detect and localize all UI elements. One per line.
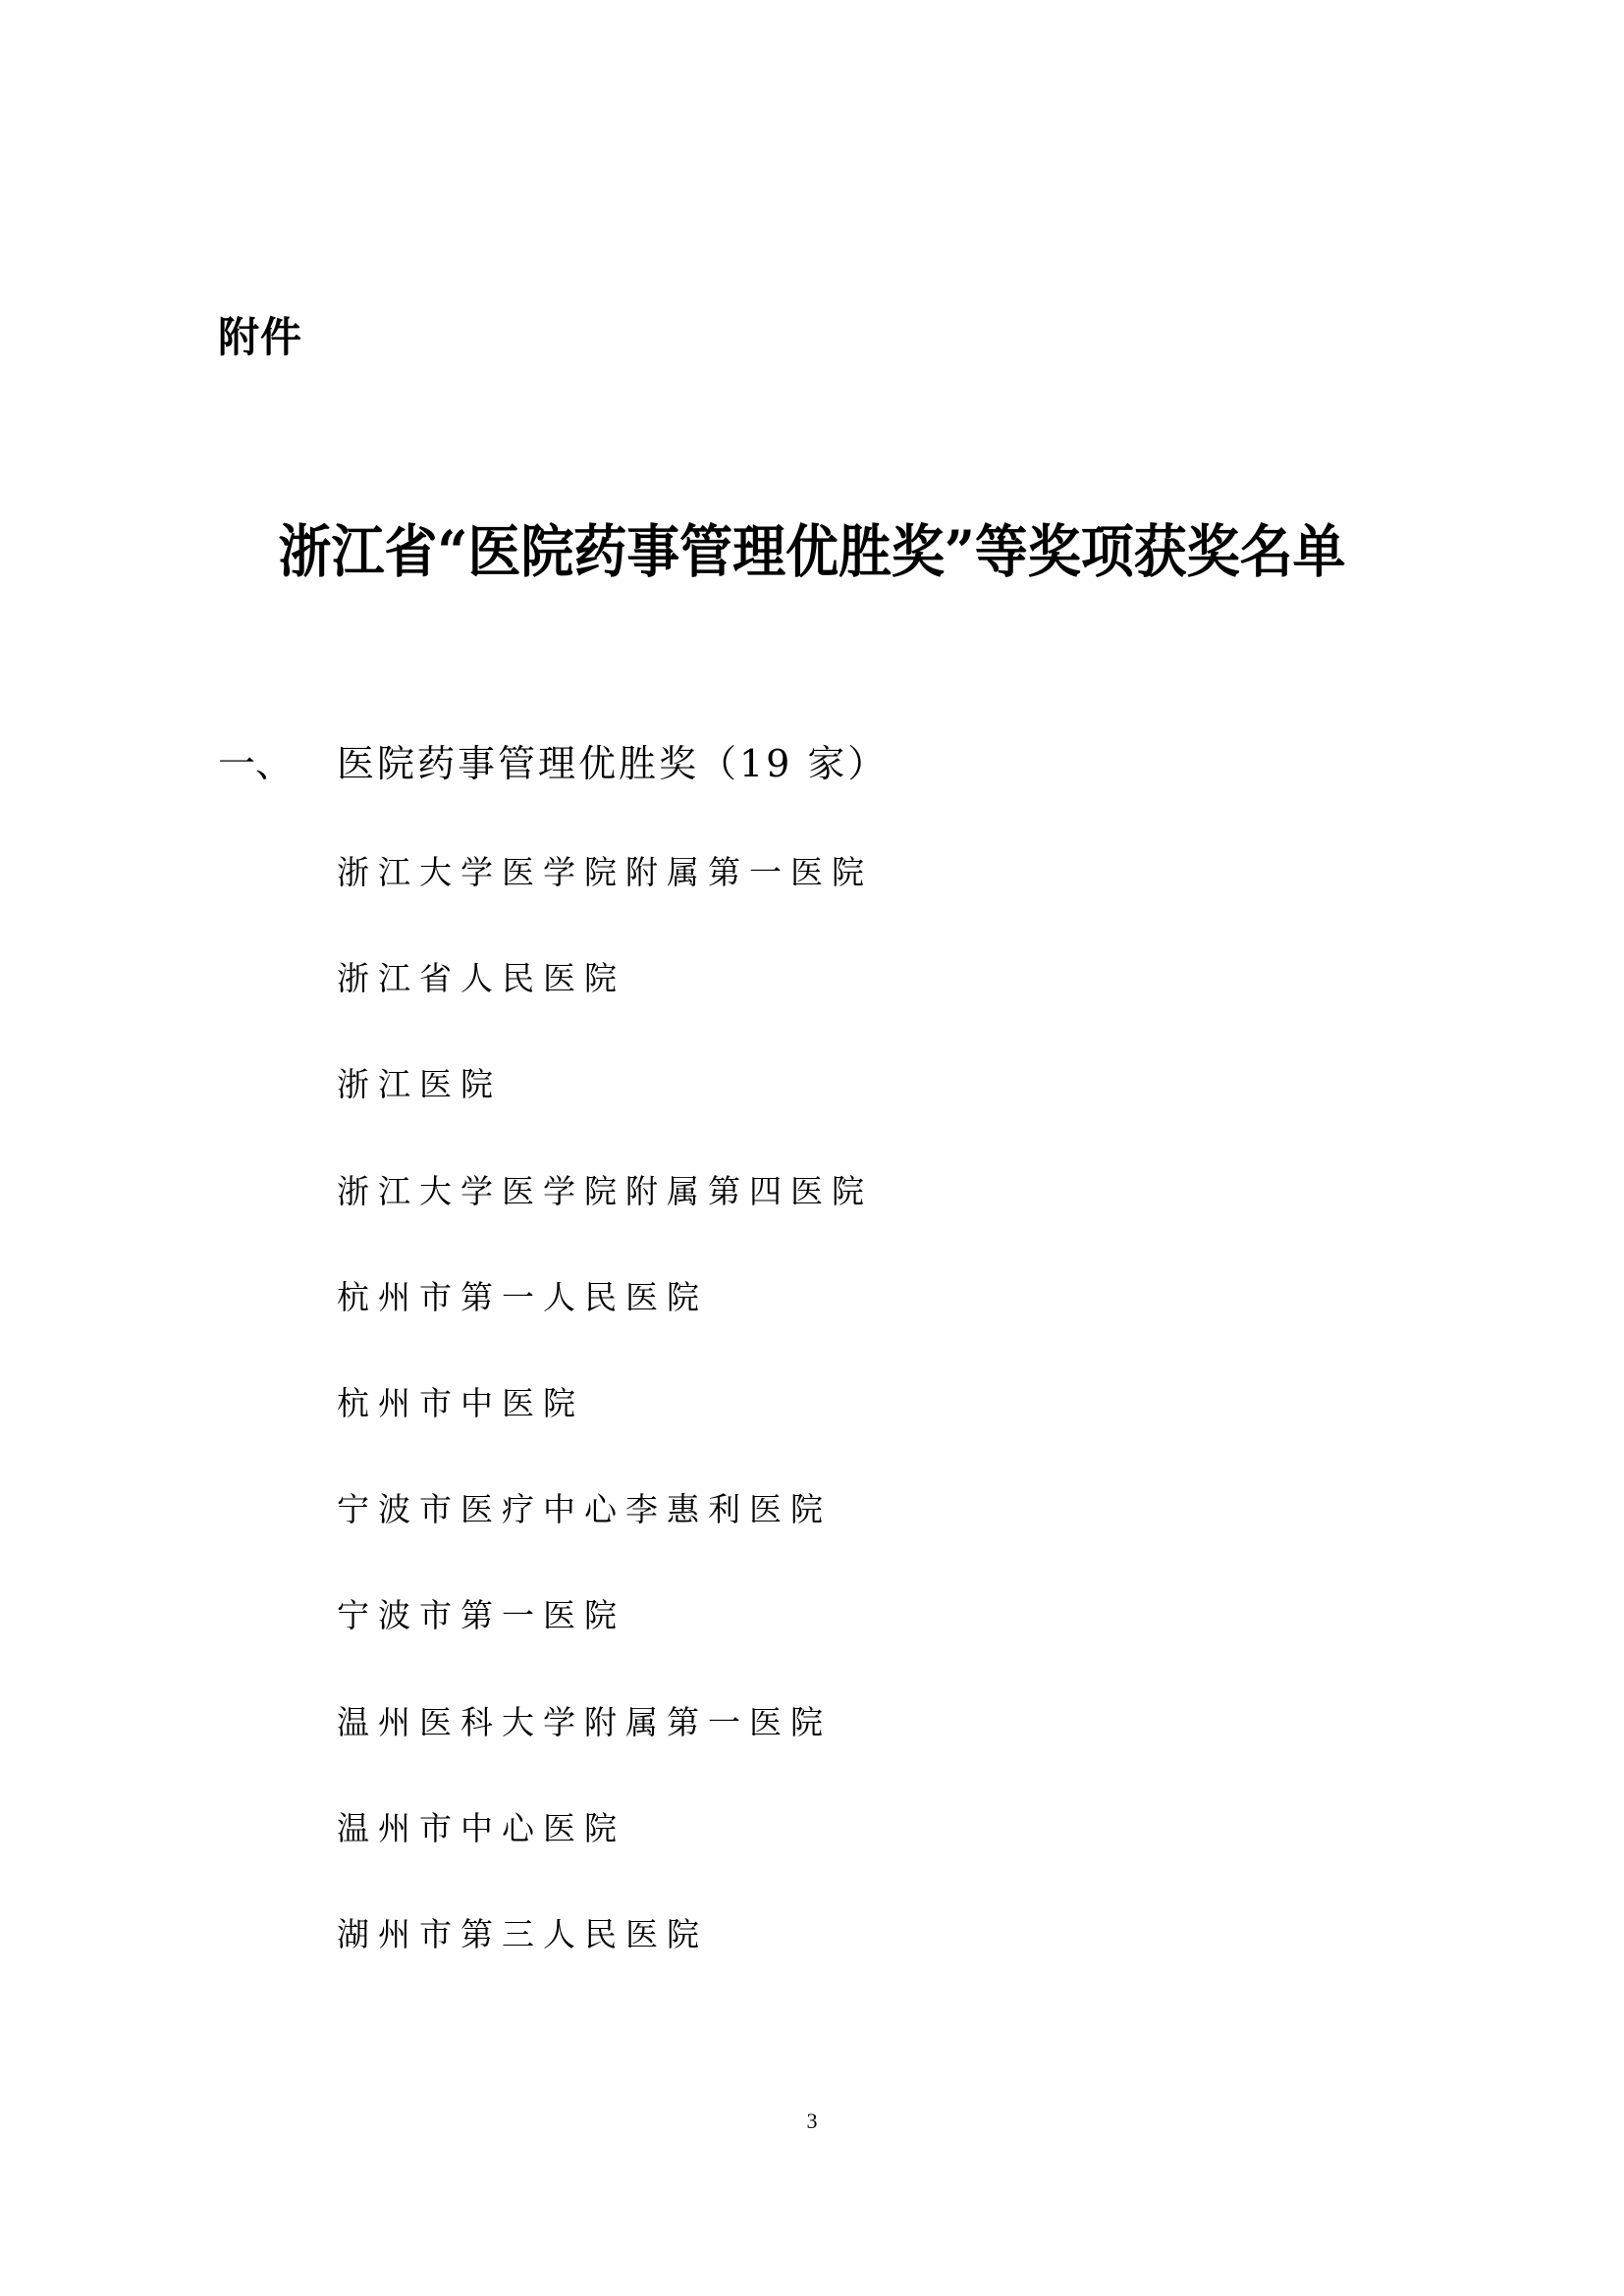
list-item: 温州医科大学附属第一医院 [337, 1700, 873, 1806]
list-item: 宁波市第一医院 [337, 1593, 873, 1699]
page-number: 3 [0, 2108, 1624, 2135]
list-item: 宁波市医疗中心李惠利医院 [337, 1487, 873, 1593]
section-number: 一、 [218, 738, 337, 789]
list-item: 杭州市中医院 [337, 1381, 873, 1487]
document-page: 附件 浙江省“医院药事管理优胜奖”等奖项获奖名单 一、 医院药事管理优胜奖（19… [0, 0, 1624, 2296]
section-heading-text: 医院药事管理优胜奖（19 家） [337, 738, 888, 789]
list-item: 浙江大学医学院附属第一医院 [337, 850, 873, 956]
attachment-label: 附件 [218, 312, 302, 363]
section-heading: 一、 医院药事管理优胜奖（19 家） [218, 738, 888, 789]
list-item: 浙江省人民医院 [337, 956, 873, 1062]
list-item: 杭州市第一人民医院 [337, 1275, 873, 1381]
list-item: 温州市中心医院 [337, 1806, 873, 1912]
award-list: 浙江大学医学院附属第一医院 浙江省人民医院 浙江医院 浙江大学医学院附属第四医院… [337, 850, 873, 2018]
list-item: 浙江医院 [337, 1062, 873, 1168]
list-item: 浙江大学医学院附属第四医院 [337, 1169, 873, 1275]
list-item: 湖州市第三人民医院 [337, 1912, 873, 2018]
document-title: 浙江省“医院药事管理优胜奖”等奖项获奖名单 [57, 516, 1567, 587]
